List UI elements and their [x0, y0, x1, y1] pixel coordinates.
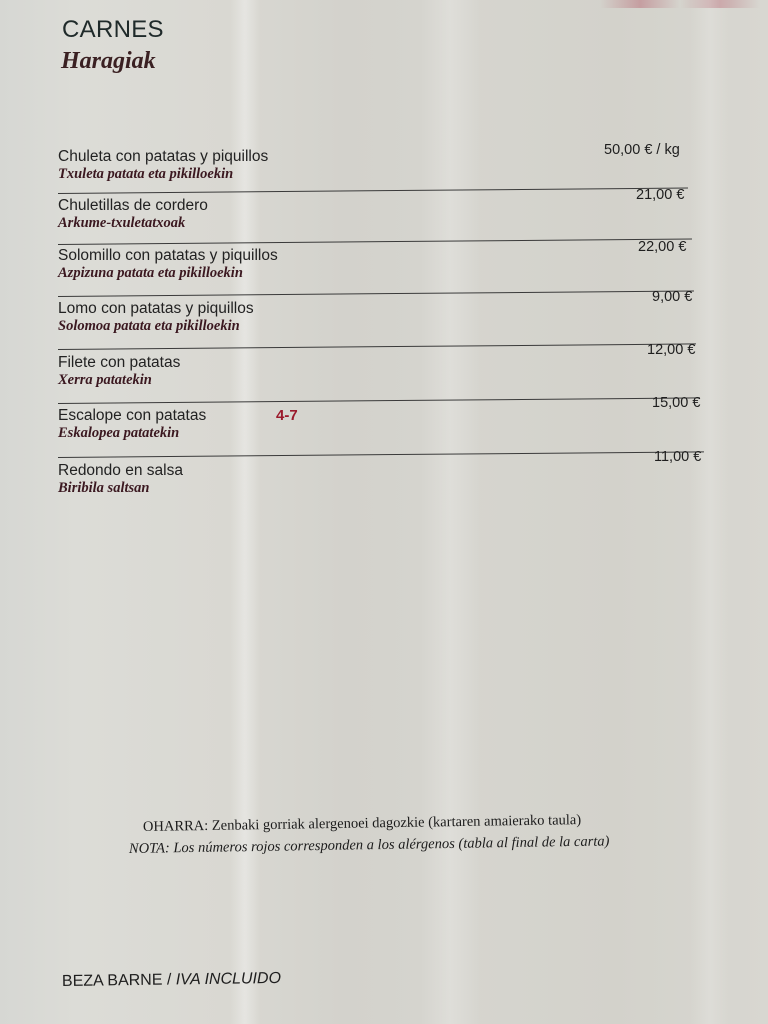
dish-name-basque: Azpizuna patata eta pikilloekin — [58, 265, 708, 282]
dish-name-spanish: Chuletillas de cordero — [58, 197, 708, 215]
page-edge-smudge — [600, 0, 760, 8]
dish-name-spanish: Lomo con patatas y piquillos — [58, 300, 708, 318]
dish-name-spanish: Redondo en salsa — [58, 462, 708, 480]
vat-note-basque: BEZA BARNE / — [62, 971, 176, 990]
divider — [58, 290, 694, 297]
divider — [58, 343, 696, 350]
divider — [58, 188, 688, 194]
dish-name-spanish: Escalope con patatas — [58, 407, 708, 425]
dish-price: 50,00 € / kg — [604, 142, 680, 158]
dish-name-spanish: Solomillo con patatas y piquillos — [58, 247, 708, 265]
dish-name-spanish: Filete con patatas — [58, 354, 708, 372]
section-title-basque: Haragiak — [61, 48, 156, 75]
menu-item: Lomo con patatas y piquillos Solomoa pat… — [58, 300, 708, 335]
menu-item: Chuleta con patatas y piquillos Txuleta … — [58, 148, 708, 183]
dish-name-basque: Xerra patatekin — [58, 372, 708, 389]
divider — [58, 397, 700, 404]
dish-price: 15,00 € — [652, 395, 700, 411]
divider — [58, 238, 692, 245]
dish-name-basque: Solomoa patata eta pikilloekin — [58, 318, 708, 335]
dish-name-basque: Txuleta patata eta pikilloekin — [58, 166, 708, 183]
dish-name-basque: Biribila saltsan — [58, 480, 708, 497]
dish-price: 21,00 € — [636, 187, 684, 203]
vat-note-spanish: IVA INCLUIDO — [176, 970, 281, 988]
dish-price: 9,00 € — [652, 289, 692, 305]
dish-price: 12,00 € — [647, 342, 695, 358]
vat-included-footer: BEZA BARNE / IVA INCLUIDO — [62, 970, 281, 991]
dish-price: 11,00 € — [654, 449, 701, 465]
dish-name-basque: Eskalopea patatekin — [58, 425, 708, 442]
menu-item: Filete con patatas Xerra patatekin 12,00… — [58, 354, 708, 389]
section-title-spanish: CARNES — [62, 16, 164, 44]
menu-item: Chuletillas de cordero Arkume-txuletatxo… — [58, 197, 708, 232]
menu-item: Redondo en salsa Biribila saltsan 11,00 … — [58, 462, 708, 497]
menu-item: Escalope con patatas Eskalopea patatekin… — [58, 407, 708, 442]
dish-price: 22,00 € — [638, 239, 686, 255]
allergen-codes: 4-7 — [276, 407, 298, 424]
menu-item: Solomillo con patatas y piquillos Azpizu… — [58, 247, 708, 282]
divider — [58, 451, 704, 458]
dish-name-basque: Arkume-txuletatxoak — [58, 215, 708, 232]
